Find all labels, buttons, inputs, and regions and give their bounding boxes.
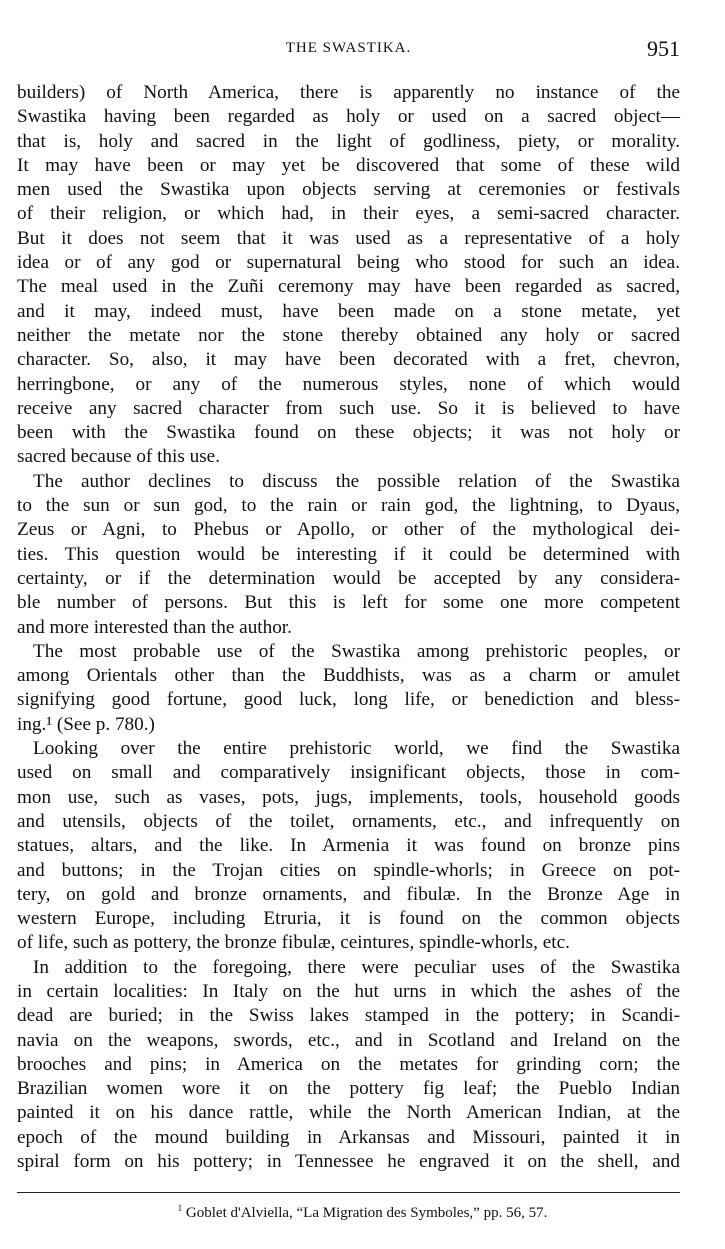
text-line: neither the metate nor the stone thereby…	[17, 324, 680, 348]
text-line: and utensils, objects of the toilet, orn…	[17, 810, 680, 834]
text-line: and buttons; in the Trojan cities on spi…	[17, 859, 680, 883]
text-line: tery, on gold and bronze ornaments, and …	[17, 883, 680, 907]
text-line: idea or of any god or supernatural being…	[17, 251, 680, 275]
text-line: Swastika having been regarded as holy or…	[17, 105, 680, 129]
text-line: The most probable use of the Swastika am…	[17, 640, 680, 664]
body-text: builders) of North America, there is app…	[17, 81, 680, 1174]
text-line: But it does not seem that it was used as…	[17, 227, 680, 251]
text-line: to the sun or sun god, to the rain or ra…	[17, 494, 680, 518]
text-line: In addition to the foregoing, there were…	[17, 956, 680, 980]
text-line: men used the Swastika upon objects servi…	[17, 178, 680, 202]
text-line: of their religion, or which had, in thei…	[17, 202, 680, 226]
text-line: spiral form on his pottery; in Tennessee…	[17, 1150, 680, 1174]
text-line: Zeus or Agni, to Phebus or Apollo, or ot…	[17, 518, 680, 542]
page-header: THE SWASTIKA. 951	[17, 36, 680, 64]
text-line: been with the Swastika found on these ob…	[17, 421, 680, 445]
page-number: 951	[647, 36, 680, 62]
text-line: signifying good fortune, good luck, long…	[17, 688, 680, 712]
text-line: dead are buried; in the Swiss lakes stam…	[17, 1004, 680, 1028]
text-line: used on small and comparatively insignif…	[17, 761, 680, 785]
text-line: and it may, indeed must, have been made …	[17, 300, 680, 324]
text-line: painted it on his dance rattle, while th…	[17, 1101, 680, 1125]
running-title: THE SWASTIKA.	[17, 40, 680, 57]
text-line: sacred because of this use.	[17, 445, 680, 469]
text-line: western Europe, including Etruria, it is…	[17, 907, 680, 931]
footnote-marker: 1	[178, 1203, 183, 1213]
text-line: The author declines to discuss the possi…	[17, 470, 680, 494]
text-line: builders) of North America, there is app…	[17, 81, 680, 105]
text-line: brooches and pins; in America on the met…	[17, 1053, 680, 1077]
text-line: Brazilian women wore it on the pottery f…	[17, 1077, 680, 1101]
text-line: and more interested than the author.	[17, 616, 680, 640]
text-line: certainty, or if the determination would…	[17, 567, 680, 591]
text-line: among Orientals other than the Buddhists…	[17, 664, 680, 688]
text-line: statues, altars, and the like. In Armeni…	[17, 834, 680, 858]
text-line: receive any sacred character from such u…	[17, 397, 680, 421]
text-line: mon use, such as vases, pots, jugs, impl…	[17, 786, 680, 810]
text-line: epoch of the mound building in Arkansas …	[17, 1126, 680, 1150]
text-line: navia on the weapons, swords, etc., and …	[17, 1029, 680, 1053]
text-line: herringbone, or any of the numerous styl…	[17, 373, 680, 397]
text-line: of life, such as pottery, the bronze fib…	[17, 931, 680, 955]
text-line: Looking over the entire prehistoric worl…	[17, 737, 680, 761]
text-line: ble number of persons. But this is left …	[17, 591, 680, 615]
text-line: ties. This question would be interesting…	[17, 543, 680, 567]
footnote-text: Goblet d'Alviella, “La Migration des Sym…	[186, 1205, 547, 1221]
footnote-divider	[17, 1192, 680, 1193]
text-line: that is, holy and sacred in the light of…	[17, 130, 680, 154]
text-line: It may have been or may yet be discovere…	[17, 154, 680, 178]
text-line: The meal used in the Zuñi ceremony may h…	[17, 275, 680, 299]
text-line: ing.¹ (See p. 780.)	[17, 713, 680, 737]
footnote: 1 Goblet d'Alviella, “La Migration des S…	[0, 1203, 725, 1222]
text-line: character. So, also, it may have been de…	[17, 348, 680, 372]
text-line: in certain localities: In Italy on the h…	[17, 980, 680, 1004]
